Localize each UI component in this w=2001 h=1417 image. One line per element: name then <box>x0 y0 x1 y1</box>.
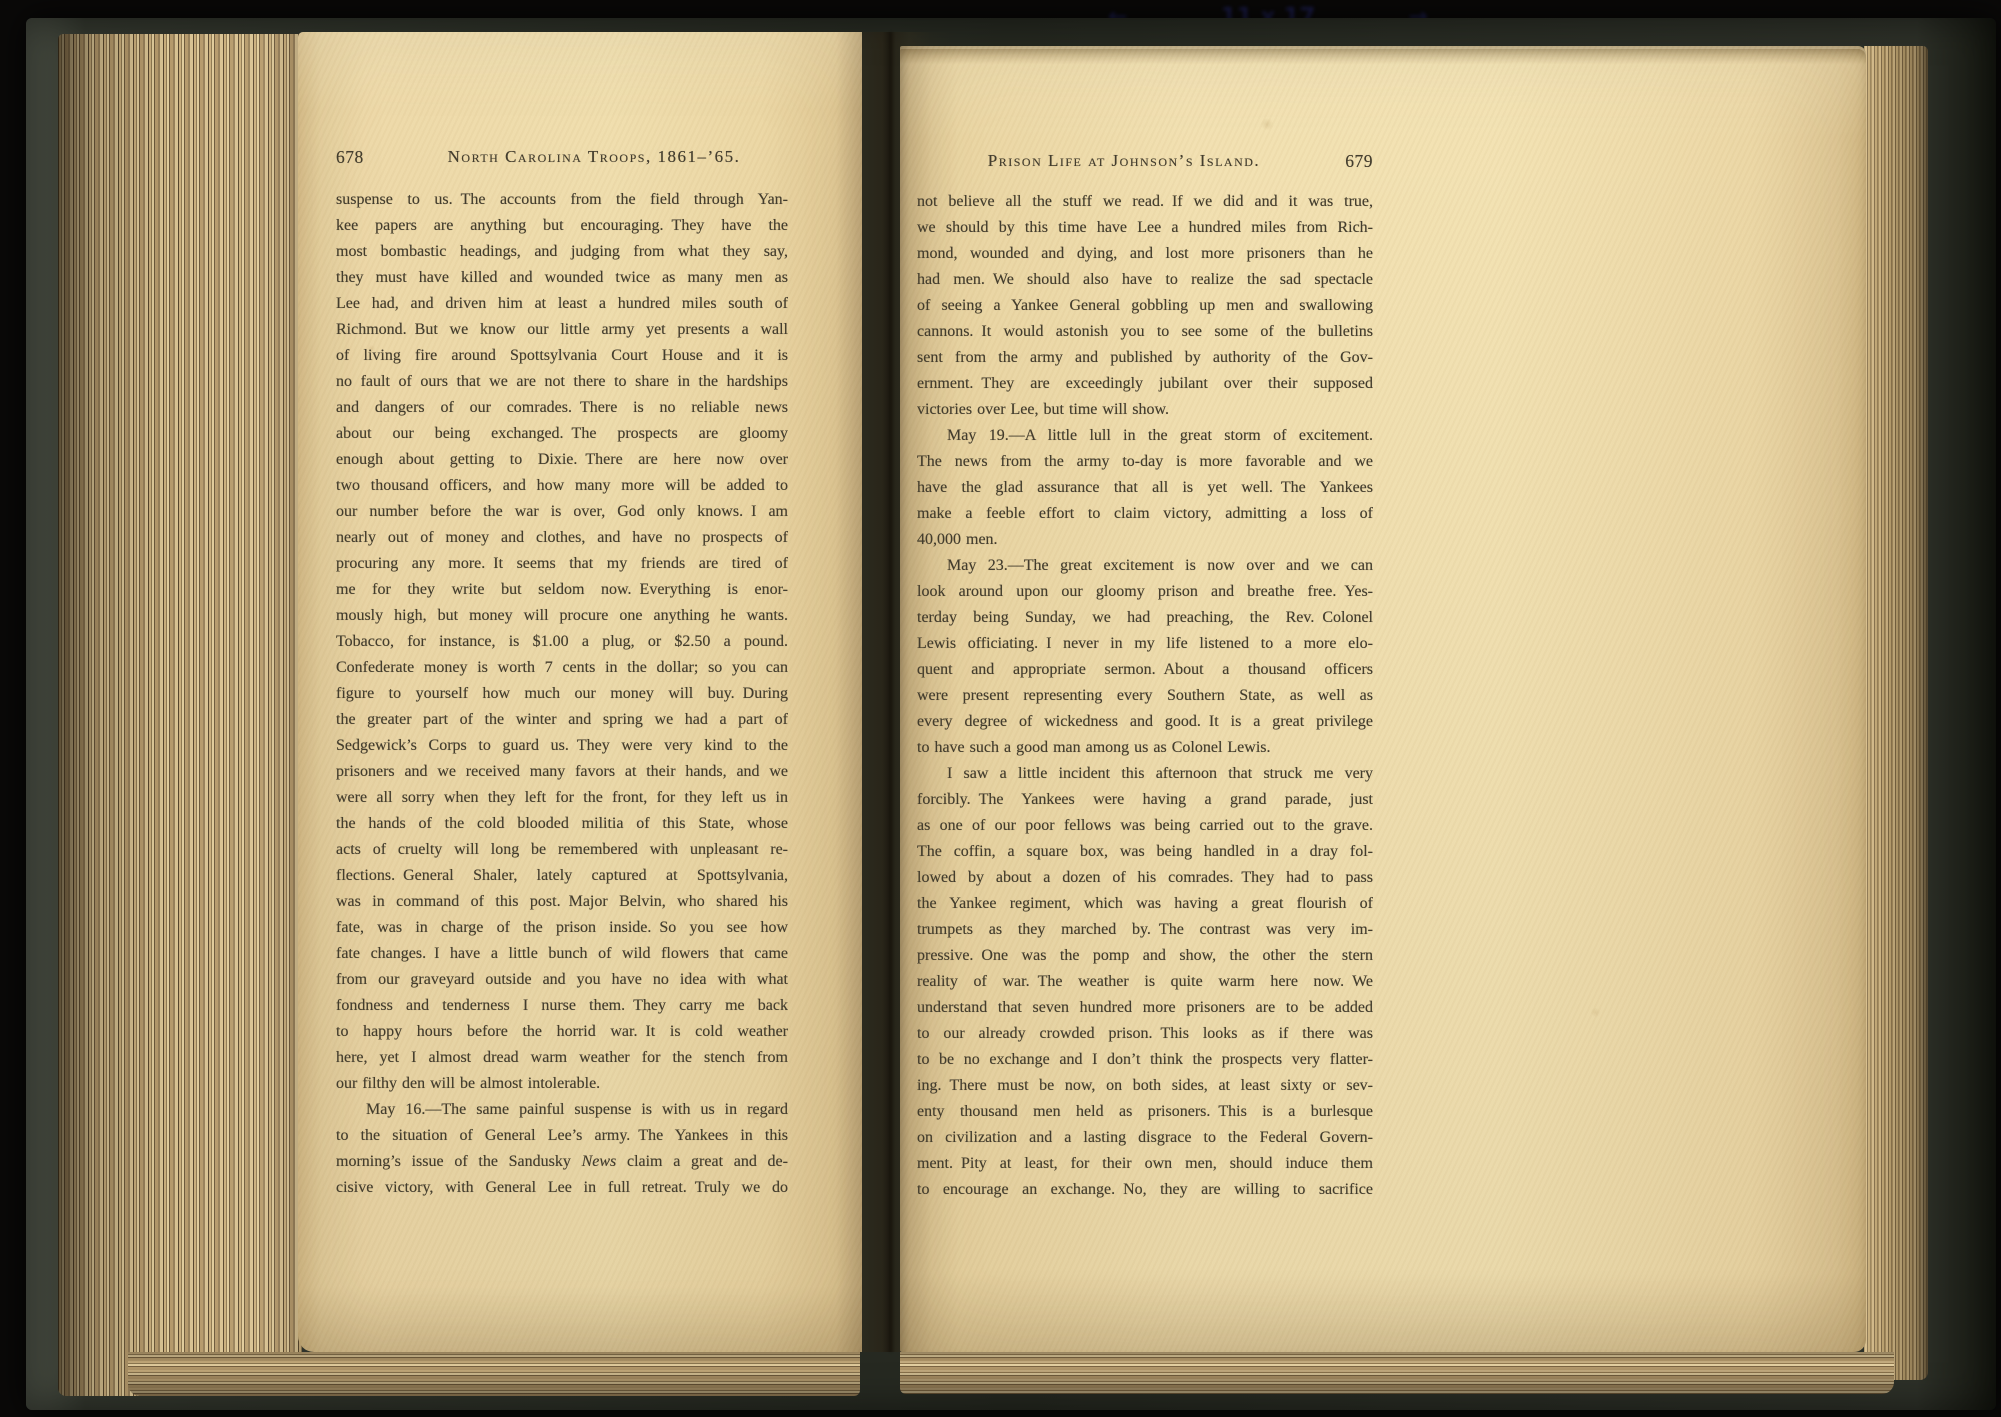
text-line: and dangers of our comrades. There is no… <box>336 395 788 421</box>
text-line: acts of cruelty will long be remembered … <box>336 837 788 863</box>
text-line: forcibly. The Yankees were having a gran… <box>917 787 1373 813</box>
left-page-number: 678 <box>336 147 364 168</box>
text-line: Tobacco, for instance, is $1.00 a plug, … <box>336 629 788 655</box>
text-line: to have such a good man among us as Colo… <box>917 735 1373 761</box>
text-line: May 23.—The great excitement is now over… <box>917 553 1373 579</box>
text-line: mond, wounded and dying, and lost more p… <box>917 241 1373 267</box>
text-line: sent from the army and published by auth… <box>917 345 1373 371</box>
text-line: every degree of wickedness and good. It … <box>917 709 1373 735</box>
text-line: Confederate money is worth 7 cents in th… <box>336 655 788 681</box>
book-photo: ← 11 x 17 → 678 North Carolina Troops, 1… <box>0 0 2001 1417</box>
text-line: our filthy den will be almost intolerabl… <box>336 1071 788 1097</box>
text-line: Sedgewick’s Corps to guard us. They were… <box>336 733 788 759</box>
text-line: procuring any more. It seems that my fri… <box>336 551 788 577</box>
text-line: The coffin, a square box, was being hand… <box>917 839 1373 865</box>
text-line: 40,000 men. <box>917 527 1373 553</box>
text-line: Richmond. But we know our little army ye… <box>336 317 788 343</box>
text-line: to encourage an exchange. No, they are w… <box>917 1177 1373 1203</box>
text-line: me for they write but seldom now. Everyt… <box>336 577 788 603</box>
fore-edge-left <box>58 34 302 1396</box>
text-line: not believe all the stuff we read. If we… <box>917 189 1373 215</box>
text-line: no fault of ours that we are not there t… <box>336 369 788 395</box>
text-line: were all sorry when they left for the fr… <box>336 785 788 811</box>
text-line: the hands of the cold blooded militia of… <box>336 811 788 837</box>
text-line: were present representing every Southern… <box>917 683 1373 709</box>
text-line: cannons. It would astonish you to see so… <box>917 319 1373 345</box>
text-line: about our being exchanged. The prospects… <box>336 421 788 447</box>
fore-edge-right <box>1864 46 1928 1380</box>
text-line: cisive victory, with General Lee in full… <box>336 1175 788 1201</box>
text-line: to be no exchange and I don’t think the … <box>917 1047 1373 1073</box>
text-line: prisoners and we received many favors at… <box>336 759 788 785</box>
text-line: most bombastic headings, and judging fro… <box>336 239 788 265</box>
text-line: had men. We should also have to realize … <box>917 267 1373 293</box>
right-page-body: not believe all the stuff we read. If we… <box>917 189 1373 1203</box>
text-line: figure to yourself how much our money wi… <box>336 681 788 707</box>
text-line: mously high, but money will procure one … <box>336 603 788 629</box>
text-line: enty thousand men held as prisoners. Thi… <box>917 1099 1373 1125</box>
left-page-header: 678 North Carolina Troops, 1861–’65. <box>336 147 788 173</box>
text-line: as one of our poor fellows was being car… <box>917 813 1373 839</box>
text-line: May 19.—A little lull in the great storm… <box>917 423 1373 449</box>
text-line: flections. General Shaler, lately captur… <box>336 863 788 889</box>
text-line: Lee had, and driven him at least a hundr… <box>336 291 788 317</box>
text-line: lowed by about a dozen of his comrades. … <box>917 865 1373 891</box>
text-line: enough about getting to Dixie. There are… <box>336 447 788 473</box>
text-line: fondness and tenderness I nurse them. Th… <box>336 993 788 1019</box>
text-line: ernment. They are exceedingly jubilant o… <box>917 371 1373 397</box>
text-line: was in command of this post. Major Belvi… <box>336 889 788 915</box>
text-line: kee papers are anything but encouraging.… <box>336 213 788 239</box>
text-line: to our already crowded prison. This look… <box>917 1021 1373 1047</box>
text-line: two thousand officers, and how many more… <box>336 473 788 499</box>
text-line: our number before the war is over, God o… <box>336 499 788 525</box>
right-running-title: Prison Life at Johnson’s Island. <box>917 151 1373 171</box>
text-line: of living fire around Spottsylvania Cour… <box>336 343 788 369</box>
text-line: morning’s issue of the Sandusky News cla… <box>336 1149 788 1175</box>
text-line: Lewis officiating. I never in my life li… <box>917 631 1373 657</box>
left-running-title: North Carolina Troops, 1861–’65. <box>336 147 788 167</box>
text-line: the Yankee regiment, which was having a … <box>917 891 1373 917</box>
text-line: victories over Lee, but time will show. <box>917 397 1373 423</box>
text-line: fate, was in charge of the prison inside… <box>336 915 788 941</box>
text-line: here, yet I almost dread warm weather fo… <box>336 1045 788 1071</box>
text-line: they must have killed and wounded twice … <box>336 265 788 291</box>
text-line: ment. Pity at least, for their own men, … <box>917 1151 1373 1177</box>
text-line: the greater part of the winter and sprin… <box>336 707 788 733</box>
text-line: from our graveyard outside and you have … <box>336 967 788 993</box>
text-line: trumpets as they marched by. The contras… <box>917 917 1373 943</box>
text-line: The news from the army to-day is more fa… <box>917 449 1373 475</box>
text-line: terday being Sunday, we had preaching, t… <box>917 605 1373 631</box>
text-line: to the situation of General Lee’s army. … <box>336 1123 788 1149</box>
bottom-page-edges-right <box>900 1352 1894 1394</box>
bottom-page-edges-left <box>128 1352 860 1396</box>
text-line: make a feeble effort to claim victory, a… <box>917 501 1373 527</box>
text-line: suspense to us. The accounts from the fi… <box>336 187 788 213</box>
text-line: I saw a little incident this afternoon t… <box>917 761 1373 787</box>
text-line: of seeing a Yankee General gobbling up m… <box>917 293 1373 319</box>
right-page-header: Prison Life at Johnson’s Island. 679 <box>917 151 1373 177</box>
text-line: nearly out of money and clothes, and hav… <box>336 525 788 551</box>
text-line: pressive. One was the pomp and show, the… <box>917 943 1373 969</box>
text-line: on civilization and a lasting disgrace t… <box>917 1125 1373 1151</box>
text-line: fate changes. I have a little bunch of w… <box>336 941 788 967</box>
text-line: to happy hours before the horrid war. It… <box>336 1019 788 1045</box>
text-line: we should by this time have Lee a hundre… <box>917 215 1373 241</box>
text-line: reality of war. The weather is quite war… <box>917 969 1373 995</box>
text-line: look around upon our gloomy prison and b… <box>917 579 1373 605</box>
text-line: quent and appropriate sermon. About a th… <box>917 657 1373 683</box>
text-line: ing. There must be now, on both sides, a… <box>917 1073 1373 1099</box>
left-page-body: suspense to us. The accounts from the fi… <box>336 187 788 1201</box>
text-line: May 16.—The same painful suspense is wit… <box>336 1097 788 1123</box>
text-line: understand that seven hundred more priso… <box>917 995 1373 1021</box>
right-page-number: 679 <box>1345 151 1373 172</box>
text-line: have the glad assurance that all is yet … <box>917 475 1373 501</box>
